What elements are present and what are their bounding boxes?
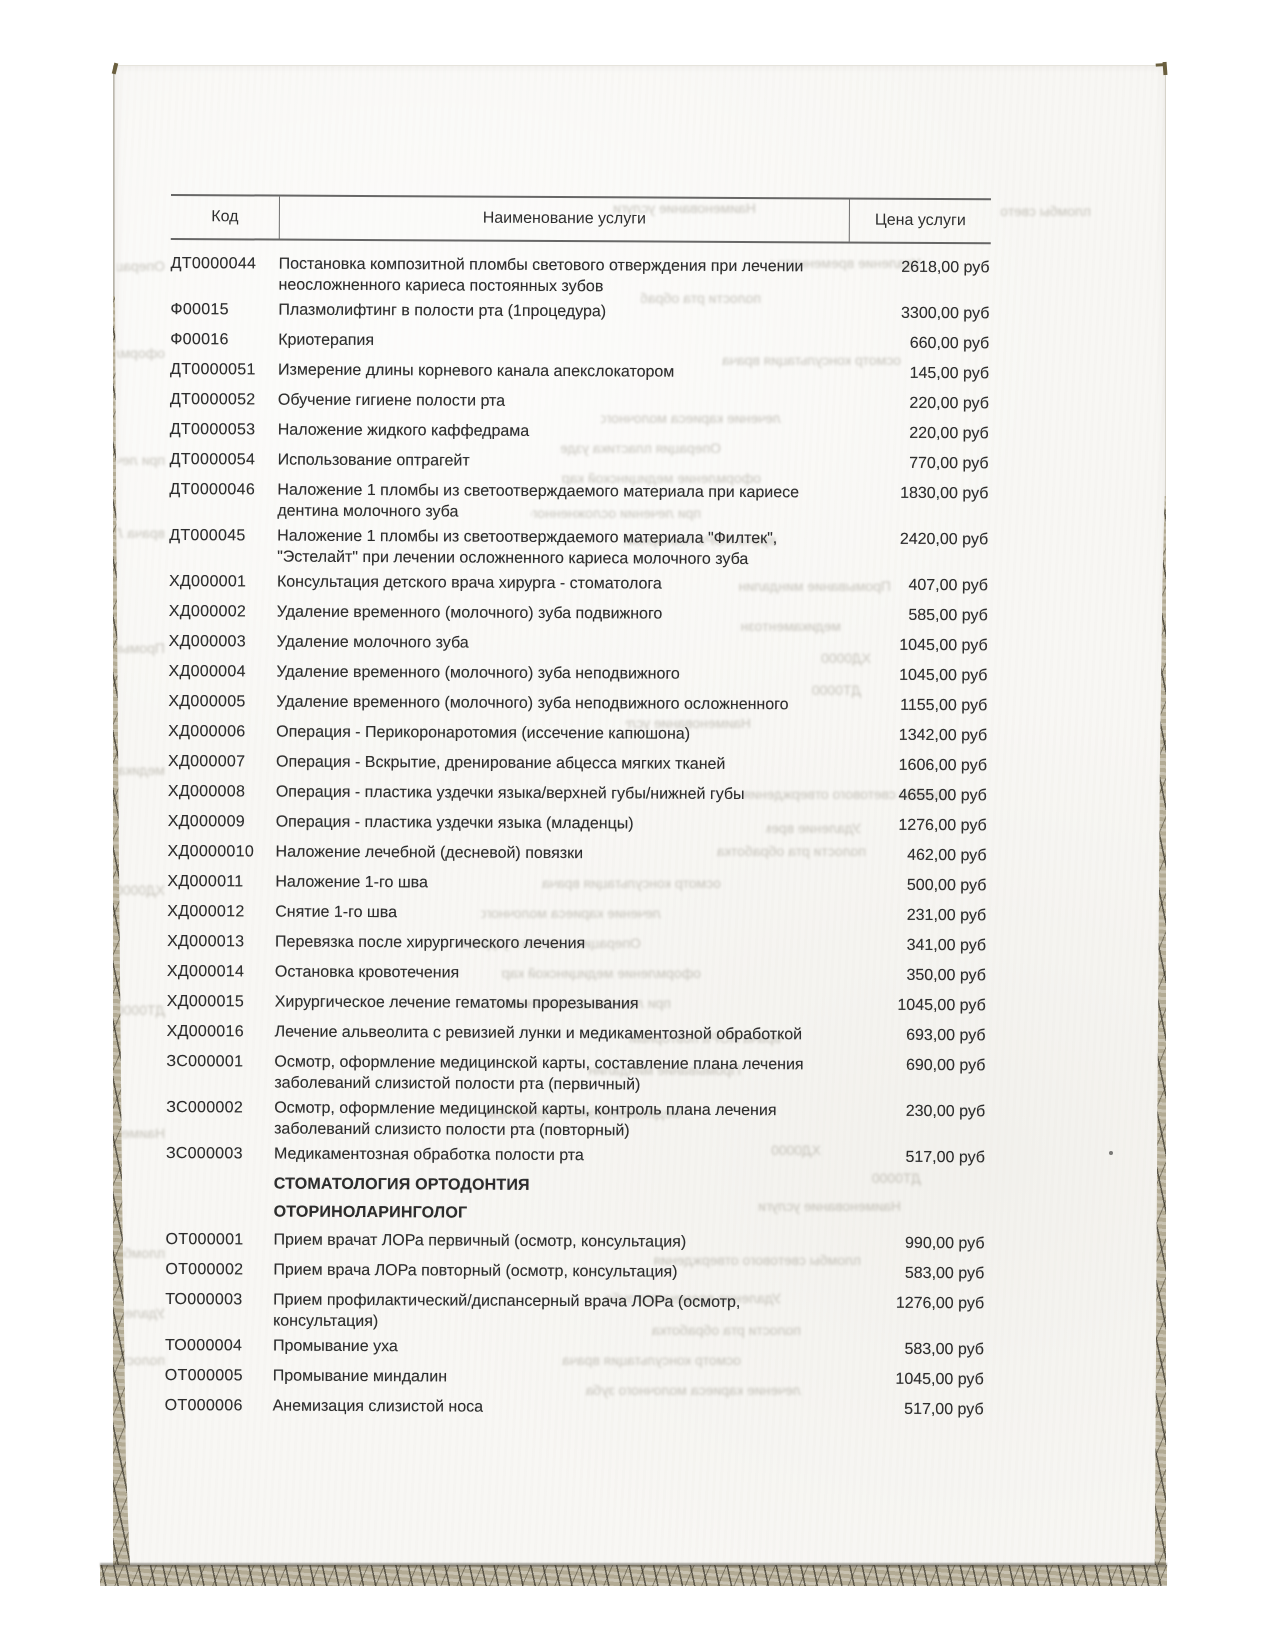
service-name: Осмотр, оформление медицинской карты, со… xyxy=(274,1052,844,1097)
service-price: 350,00 руб xyxy=(845,965,987,987)
service-price: 1045,00 руб xyxy=(847,635,989,657)
bleedthrough-line: ХД0000 xyxy=(117,883,165,898)
service-row: ХД000013Перевязка после хирургического л… xyxy=(167,927,987,961)
bleedthrough-line: медикаментозной обработкой xyxy=(117,763,165,778)
service-code: ДТ0000051 xyxy=(170,359,278,381)
service-price: 2420,00 руб xyxy=(847,529,989,551)
service-code: ОТ000002 xyxy=(165,1259,273,1281)
service-name: Удаление временного (молочного) зуба неп… xyxy=(276,692,846,716)
service-row: ХД000004Удаление временного (молочного) … xyxy=(168,657,988,691)
service-price: 1045,00 руб xyxy=(843,1369,985,1391)
service-row: ЗС000001Осмотр, оформление медицинской к… xyxy=(166,1047,986,1097)
service-code: ДТ0000052 xyxy=(170,389,278,411)
service-row: ХД000012Снятие 1-го шва231,00 руб xyxy=(167,897,987,931)
corner-mark-top-right xyxy=(1163,62,1168,75)
service-row: ДТ0000044Постановка композитной пломбы с… xyxy=(170,249,990,299)
service-price: 693,00 руб xyxy=(845,1025,987,1047)
bleedthrough-line: пломбы светового отверждения xyxy=(117,1246,165,1261)
service-name: Операция - пластика уздечки языка/верхне… xyxy=(276,782,846,806)
service-row: ТО000004Промывание уха583,00 руб xyxy=(165,1331,985,1365)
service-name: Удаление молочного зуба xyxy=(277,632,847,656)
service-row: ДТ0000053Наложение жидкого каффедрама220… xyxy=(170,415,990,449)
service-row: ХД000014Остановка кровотечения350,00 руб xyxy=(167,957,987,991)
service-name: Осмотр, оформление медицинской карты, ко… xyxy=(274,1098,844,1143)
service-name: Операция - Перикоронаротомия (иссечение … xyxy=(276,722,846,746)
service-name: Снятие 1-го шва xyxy=(275,902,845,926)
service-row: ОТ000002Прием врача ЛОРа повторный (осмо… xyxy=(165,1255,985,1289)
service-code xyxy=(166,1173,274,1174)
service-code: ХД000001 xyxy=(169,571,277,593)
scanner-edge-bottom xyxy=(100,1565,1167,1586)
service-code: ХД000016 xyxy=(167,1021,275,1043)
section-title: ОТОРИНОЛАРИНГОЛОГ xyxy=(274,1202,844,1226)
service-name: Криотерапия xyxy=(278,330,848,354)
service-name: Удаление временного (молочного) зуба неп… xyxy=(276,662,846,686)
service-code: ДТ000045 xyxy=(169,525,277,547)
service-price: 220,00 руб xyxy=(848,393,990,415)
service-row: ДТ0000054Использование оптрагейт770,00 р… xyxy=(170,445,990,479)
service-code: ХД000006 xyxy=(168,721,276,743)
service-price: 1155,00 руб xyxy=(846,695,988,717)
service-row: ХД000015Хирургическое лечение гематомы п… xyxy=(167,987,987,1021)
service-row: ЗС000003Медикаментозная обработка полост… xyxy=(166,1139,986,1173)
service-code: ХД000005 xyxy=(168,691,276,713)
service-row: ДТ000045Наложение 1 пломбы из светоотвер… xyxy=(169,521,989,571)
service-row: ХД000009Операция - пластика уздечки язык… xyxy=(168,807,988,841)
service-row: Ф00016Криотерапия660,00 руб xyxy=(170,325,990,359)
service-price: 770,00 руб xyxy=(848,453,990,475)
service-row: ОТ000005Промывание миндалин1045,00 руб xyxy=(165,1361,985,1395)
service-row: ХД000011Наложение 1-го шва500,00 руб xyxy=(167,867,987,901)
service-name: Промывание миндалин xyxy=(273,1366,843,1390)
service-price: 1606,00 руб xyxy=(846,755,988,777)
paper-sheet: Наименование услугипломбы светового отве… xyxy=(113,65,1166,1586)
service-row: ХД000003Удаление молочного зуба1045,00 р… xyxy=(169,627,989,661)
service-price: 4655,00 руб xyxy=(846,785,988,807)
bleedthrough-line: Промывание миндалин xyxy=(117,641,165,656)
service-price: 462,00 руб xyxy=(845,845,987,867)
service-price: 230,00 руб xyxy=(844,1101,986,1123)
service-name: Перевязка после хирургического лечения xyxy=(275,932,845,956)
service-name: Измерение длины корневого канала апексло… xyxy=(278,360,848,384)
service-row: ДТ0000046Наложение 1 пломбы из светоотве… xyxy=(169,475,989,525)
service-name: Наложение 1 пломбы из светоотверждаемого… xyxy=(277,480,847,525)
table-body: ДТ0000044Постановка композитной пломбы с… xyxy=(165,240,991,1425)
bleedthrough-line: Операция пластика уздечки xyxy=(117,259,165,274)
column-header-price: Цена услуги xyxy=(849,200,991,243)
service-name: Остановка кровотечения xyxy=(275,962,845,986)
service-price: 1830,00 руб xyxy=(847,483,989,505)
service-row: ХД0000010Наложение лечебной (десневой) п… xyxy=(167,837,987,871)
service-code: ДТ0000044 xyxy=(171,253,279,275)
column-header-name: Наименование услуги xyxy=(279,197,849,242)
service-code xyxy=(166,1201,274,1202)
service-name: Прием профилактический/диспансерный врач… xyxy=(273,1290,843,1335)
service-code: ХД000015 xyxy=(167,991,275,1013)
service-row: ХД000007Операция - Вскрытие, дренировани… xyxy=(168,747,988,781)
service-name: Промывание уха xyxy=(273,1336,843,1360)
bleedthrough-line: оформление медицинской карты xyxy=(117,346,165,361)
bleedthrough-line: ДТ0000 xyxy=(117,1003,165,1018)
bleedthrough-line: пломбы светового отверждения xyxy=(1001,204,1091,219)
bleedthrough-line: Наименование услуги xyxy=(117,1126,165,1141)
bleedthrough-line: при лечении осложненного xyxy=(117,453,165,468)
service-name: Лечение альвеолита с ревизией лунки и ме… xyxy=(275,1022,845,1046)
service-code: ЗС000003 xyxy=(166,1143,274,1165)
service-code: ХД000004 xyxy=(168,661,276,683)
service-name: Наложение жидкого каффедрама xyxy=(278,420,848,444)
service-code: ХД000014 xyxy=(167,961,275,983)
service-code: ОТ000001 xyxy=(165,1229,273,1251)
service-row: ОТ000006Анемизация слизистой носа517,00 … xyxy=(165,1391,985,1425)
service-name: Операция - пластика уздечки языка (младе… xyxy=(276,812,846,836)
service-price: 3300,00 руб xyxy=(848,303,990,325)
service-price: 145,00 руб xyxy=(848,363,990,385)
service-price: 231,00 руб xyxy=(845,905,987,927)
service-name: Операция - Вскрытие, дренирование абцесс… xyxy=(276,752,846,776)
service-price: 220,00 руб xyxy=(848,423,990,445)
service-price: 517,00 руб xyxy=(843,1399,985,1421)
service-row: ДТ0000052Обучение гигиене полости рта220… xyxy=(170,385,990,419)
service-code: ДТ0000046 xyxy=(169,479,277,501)
service-code: ЗС000002 xyxy=(166,1097,274,1119)
section-header-row: ОТОРИНОЛАРИНГОЛОГ xyxy=(166,1197,986,1229)
service-price: 690,00 руб xyxy=(844,1055,986,1077)
service-row: ХД000016Лечение альвеолита с ревизией лу… xyxy=(167,1017,987,1051)
service-price: 341,00 руб xyxy=(845,935,987,957)
service-name: Наложение 1 пломбы из светоотверждаемого… xyxy=(277,526,847,571)
service-row: ТО000003Прием профилактический/диспансер… xyxy=(165,1285,985,1335)
ink-dot-artifact xyxy=(1109,1151,1113,1155)
service-code: ХД000003 xyxy=(169,631,277,653)
service-row: ХД000001Консультация детского врача хиру… xyxy=(169,567,989,601)
service-row: ХД000005Удаление временного (молочного) … xyxy=(168,687,988,721)
service-price: 517,00 руб xyxy=(844,1147,986,1169)
service-name: Наложение лечебной (десневой) повязки xyxy=(276,842,846,866)
service-row: ЗС000002Осмотр, оформление медицинской к… xyxy=(166,1093,986,1143)
section-header-row: СТОМАТОЛОГИЯ ОРТОДОНТИЯ xyxy=(166,1169,986,1201)
service-row: ХД000006Операция - Перикоронаротомия (ис… xyxy=(168,717,988,751)
service-price: 500,00 руб xyxy=(845,875,987,897)
service-price: 1276,00 руб xyxy=(846,815,988,837)
service-code: ХД000012 xyxy=(167,901,275,923)
service-code: ОТ000005 xyxy=(165,1365,273,1387)
service-price: 583,00 руб xyxy=(843,1263,985,1285)
service-name: Хирургическое лечение гематомы прорезыва… xyxy=(275,992,845,1016)
service-price: 585,00 руб xyxy=(847,605,989,627)
service-code: ТО000003 xyxy=(165,1289,273,1311)
service-price: 2618,00 руб xyxy=(849,257,991,279)
service-name: Использование оптрагейт xyxy=(278,450,848,474)
service-code: ОТ000006 xyxy=(165,1395,273,1417)
bleedthrough-line: Удаление временного зуба xyxy=(117,1306,165,1321)
service-price: 1045,00 руб xyxy=(846,665,988,687)
bleedthrough-line: врача ЛОРа повторный xyxy=(117,526,165,541)
service-name: Прием врача ЛОРа повторный (осмотр, конс… xyxy=(273,1260,843,1284)
service-price xyxy=(844,1177,986,1178)
service-name: Обучение гигиене полости рта xyxy=(278,390,848,414)
service-row: ХД000002Удаление временного (молочного) … xyxy=(169,597,989,631)
service-code: ХД000013 xyxy=(167,931,275,953)
scan-background: Наименование услугипломбы светового отве… xyxy=(0,0,1275,1650)
service-price xyxy=(844,1205,986,1206)
service-row: ДТ0000051Измерение длины корневого канал… xyxy=(170,355,990,389)
service-code: ДТ0000054 xyxy=(170,449,278,471)
service-name: Удаление временного (молочного) зуба под… xyxy=(277,602,847,626)
section-title: СТОМАТОЛОГИЯ ОРТОДОНТИЯ xyxy=(274,1174,844,1198)
column-header-code: Код xyxy=(171,196,279,239)
service-code: Ф00015 xyxy=(170,299,278,321)
service-name: Консультация детского врача хирурга - ст… xyxy=(277,572,847,596)
service-price: 1342,00 руб xyxy=(846,725,988,747)
service-code: ТО000004 xyxy=(165,1335,273,1357)
service-price: 990,00 руб xyxy=(843,1233,985,1255)
service-code: ЗС000001 xyxy=(166,1051,274,1073)
service-code: Ф00016 xyxy=(170,329,278,351)
service-name: Наложение 1-го шва xyxy=(275,872,845,896)
service-code: ХД000011 xyxy=(167,871,275,893)
service-name: Плазмолифтинг в полости рта (1процедура) xyxy=(278,300,848,324)
service-code: ДТ0000053 xyxy=(170,419,278,441)
service-name: Анемизация слизистой носа xyxy=(273,1396,843,1420)
service-price: 1045,00 руб xyxy=(845,995,987,1017)
service-row: Ф00015Плазмолифтинг в полости рта (1проц… xyxy=(170,295,990,329)
service-code: ХД000008 xyxy=(168,781,276,803)
service-code: ХД000009 xyxy=(168,811,276,833)
service-name: Постановка композитной пломбы светового … xyxy=(278,254,848,299)
service-price: 1276,00 руб xyxy=(843,1293,985,1315)
service-price: 660,00 руб xyxy=(848,333,990,355)
service-row: ОТ000001Прием врачат ЛОРа первичный (осм… xyxy=(165,1225,985,1259)
service-row: ХД000008Операция - пластика уздечки язык… xyxy=(168,777,988,811)
service-code: ХД000002 xyxy=(169,601,277,623)
price-table: Код Наименование услуги Цена услуги ДТ00… xyxy=(165,194,991,1425)
table-header: Код Наименование услуги Цена услуги xyxy=(171,194,991,244)
service-name: Прием врачат ЛОРа первичный (осмотр, кон… xyxy=(273,1230,843,1254)
service-price: 407,00 руб xyxy=(847,575,989,597)
service-code: ХД000007 xyxy=(168,751,276,773)
service-name: Медикаментозная обработка полости рта xyxy=(274,1144,844,1168)
service-price: 583,00 руб xyxy=(843,1339,985,1361)
service-code: ХД0000010 xyxy=(168,841,276,863)
